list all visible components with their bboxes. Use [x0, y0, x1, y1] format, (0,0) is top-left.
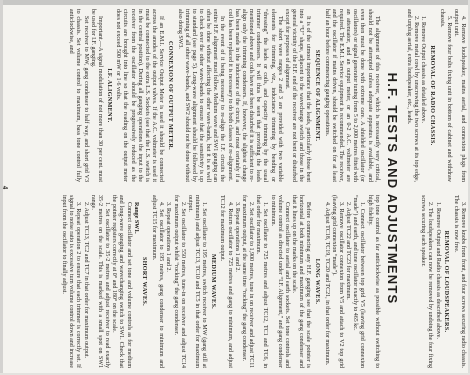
- paragraph: It is of the utmost importance that the …: [283, 9, 312, 182]
- numbered-item: 2. Adjust TC22 and TC23 for maximum.: [344, 195, 351, 368]
- removal-section: 4. Remove loudspeaker, mains aerial, and…: [405, 9, 466, 368]
- numbered-item: 1. Connect oscillator between top grid V…: [351, 195, 365, 368]
- numbered-item: 4. Adjust TC18, TC19, TC20 and TC21, in …: [323, 195, 330, 368]
- numbered-item: 1. Set oscillator to 725 metres and adju…: [254, 195, 268, 368]
- section-heading-removal-radio-chassis: REMOVAL OF RADIO CHASSIS.: [428, 9, 435, 182]
- section-heading-short-waves: SHORT WAVES.: [140, 195, 147, 368]
- subheading-range-sw1: Range SW1.: [132, 195, 139, 368]
- section-heading-connexion-of-output-meter: CONNEXION OF OUTPUT METER.: [166, 9, 173, 182]
- scanned-service-sheet: 4. Remove loudspeaker, mains aerial, and…: [0, 0, 470, 375]
- body-right-column: top tone control as far anticlockwise as…: [60, 195, 380, 368]
- scan-edge-top: [0, 0, 470, 5]
- section-heading-long-waves: LONG WAVES.: [313, 195, 320, 368]
- section-heading-medium-waves: MEDIUM WAVES.: [209, 195, 216, 368]
- numbered-item: 3. Repeat operation 2 to ensure that eac…: [60, 195, 81, 368]
- paragraph: Before commencing any H.F. ganging see t…: [290, 195, 311, 368]
- numbered-item: 4. Remove loudspeaker, mains aerial, and…: [452, 9, 466, 182]
- numbered-item: 1. Remove Output chassis as detailed abo…: [419, 9, 426, 182]
- numbered-item: 3. Repeat operations 1 and 2.: [164, 195, 171, 368]
- numbered-item: 3. Repeat operations 1 and 2.: [233, 195, 240, 368]
- body-left-column: The alignment of this receiver, which is…: [60, 9, 380, 182]
- numbered-item: 4. Set oscillator to 195 metres, gang co…: [150, 195, 164, 368]
- manual-page: 4. Remove loudspeaker, mains aerial, and…: [0, 0, 470, 375]
- paragraph-continuation: top tone control as far anticlockwise as…: [365, 195, 379, 368]
- numbered-item: 2. Adjust TC13, TC2 and TC7 in that orde…: [82, 195, 89, 368]
- numbered-item: 3. Remove knobs from front, and four scr…: [452, 195, 466, 368]
- numbered-item: 1. Set oscillator to 35·2 metres and adj…: [89, 195, 110, 368]
- numbered-item: 3. Remove oscillator connexion from V5 a…: [330, 195, 344, 368]
- section-heading-sequence-of-alignment: SEQUENCE OF ALIGNMENT.: [313, 9, 320, 182]
- body-section: The alignment of this receiver, which is…: [60, 9, 380, 368]
- numbered-item: 2. Remove metal cowl by unscrewing the t…: [405, 9, 419, 182]
- paragraph: Connect oscillator to aerial and earth s…: [268, 195, 289, 368]
- numbered-item: 4. Return oscillator to 725 metres and g…: [218, 195, 232, 368]
- numbered-item: 2. Set oscillator to 1,900 metres, tune …: [240, 195, 254, 368]
- removal-left-column: 4. Remove loudspeaker, mains aerial, and…: [405, 9, 466, 182]
- section-heading-removal-loudspeakers: REMOVAL OF LOUDSPEAKERS.: [442, 195, 449, 368]
- paragraph: In the event of it being necessary to re…: [175, 9, 225, 182]
- numbered-item: 1. Remove Output and Radio chassis as de…: [433, 195, 440, 368]
- removal-right-column: 3. Remove knobs from front, and four scr…: [405, 195, 466, 368]
- numbered-item: 5. Remove four bolts fixing unit in bott…: [437, 9, 451, 182]
- numbered-item: 2. Set oscillator to 550 metres, tune-in…: [171, 195, 185, 368]
- numbered-item: 1. Set oscillator to 195 metres, switch …: [186, 195, 207, 368]
- page-title: H.F. TESTS AND ADJUSTMENTS: [385, 9, 399, 368]
- paragraph: Set receiver to MW, gang condenser to ha…: [67, 9, 88, 182]
- paragraph: If an E.M.I. Service Output Meter is use…: [114, 9, 164, 182]
- scan-edge-left: [0, 0, 3, 375]
- paragraph: The alignment of this receiver, which is…: [323, 9, 380, 182]
- paragraph: Connect oscillator and set tone and volu…: [110, 195, 131, 368]
- numbered-item: 2. The loudspeakers can now be removed b…: [419, 195, 433, 368]
- paragraph: The short wave ranges 2 and 3 are provid…: [225, 9, 282, 182]
- paragraph: Important.—A signal modulation of not mo…: [89, 9, 103, 182]
- section-heading-if-alignment: I.F. ALIGNMENT.: [104, 9, 111, 182]
